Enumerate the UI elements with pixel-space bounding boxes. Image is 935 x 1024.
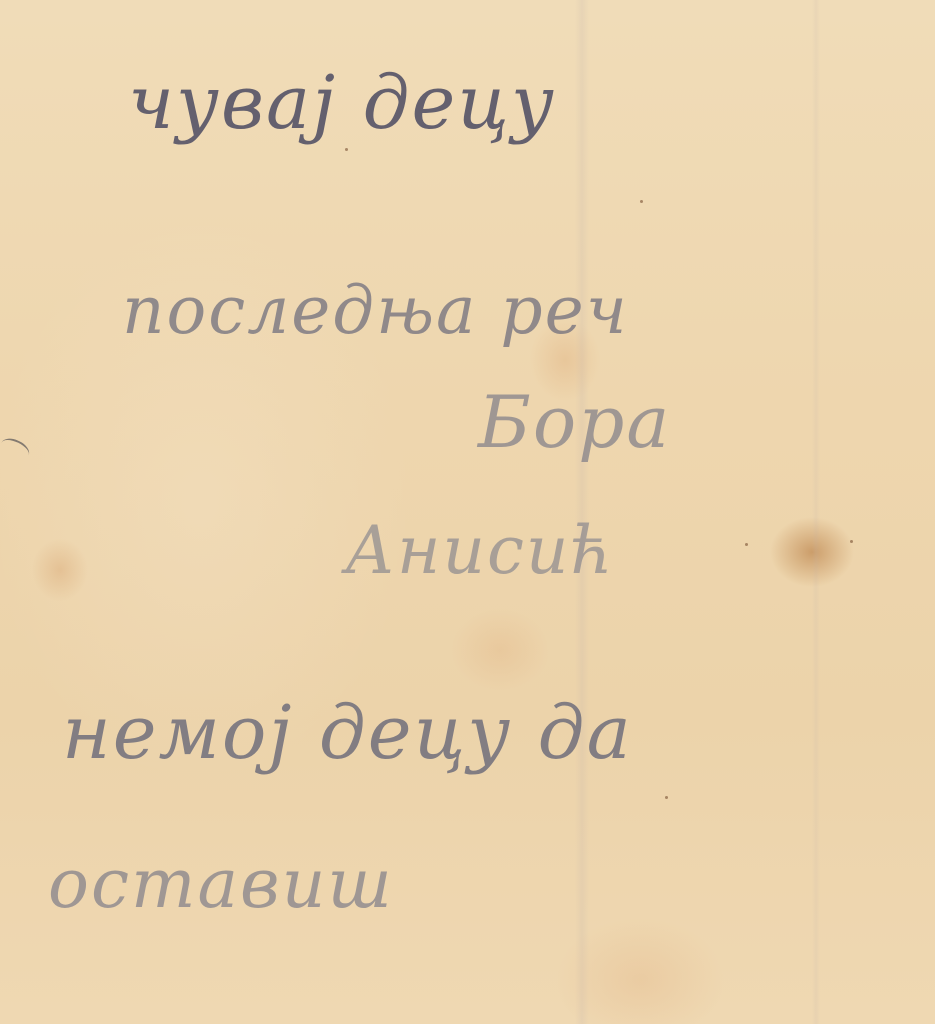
handwritten-line-2: последња реч: [122, 272, 629, 349]
paper-speck: [850, 540, 853, 543]
paper-speck: [665, 796, 668, 799]
handwritten-signature-surname: Анисић: [345, 512, 615, 589]
paper-speck: [345, 148, 348, 151]
handwritten-signature-first-name: Бора: [478, 380, 671, 464]
aged-paper: чувај децу последња реч Бора Анисић немо…: [0, 0, 935, 1024]
handwritten-line-1: чувај децу: [128, 60, 556, 146]
paper-speck: [640, 200, 643, 203]
paper-scratch-mark: [0, 435, 32, 464]
handwritten-line-6: оставиш: [48, 845, 394, 924]
handwritten-line-5: немој децу да: [62, 690, 633, 776]
paper-speck: [745, 543, 748, 546]
paper-fold-line-right: [812, 0, 820, 1024]
